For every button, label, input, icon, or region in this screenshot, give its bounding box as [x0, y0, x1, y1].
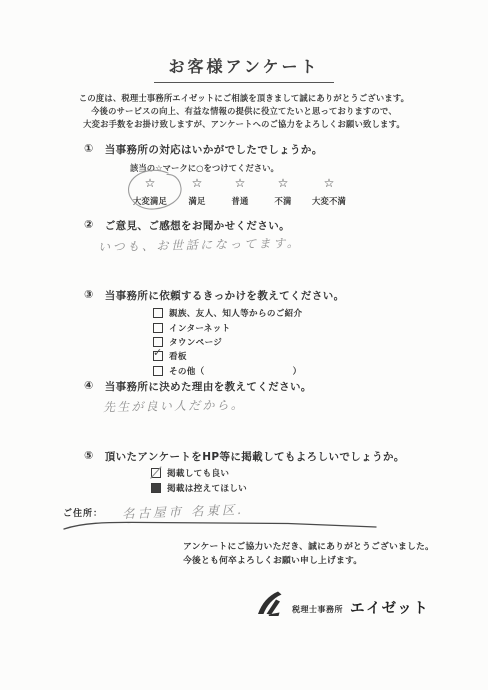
intro-line: 大変お手数をお掛け致しますが、アンケートへのご協力をよろしくお願い致します。	[14, 118, 474, 131]
question-2-text: ご意見、ご感想をお聞かせください。	[105, 218, 290, 233]
rating-option-very-dissatisfied: ☆ 大変不満	[297, 176, 361, 207]
question-4: ④ 当事務所に決めた理由を教えてください。	[84, 379, 312, 394]
question-1-number: ①	[84, 142, 94, 157]
address-underline	[58, 516, 382, 536]
checkbox-label: タウンページ	[169, 336, 222, 348]
checkbox-label: 掲載は控えてほしい	[167, 482, 247, 494]
question-2-handwritten-answer: いつも、お世話になってます。	[98, 234, 302, 255]
checkbox-checked-icon: ✓	[153, 351, 163, 361]
checkbox-option-selected: 掲載しても良い	[151, 466, 247, 481]
question-2-number: ②	[84, 218, 94, 233]
paren-close: ）	[293, 365, 302, 377]
page-title: お客様アンケート	[154, 54, 333, 83]
checkbox-checked-icon	[151, 468, 161, 478]
question-4-number: ④	[84, 379, 94, 394]
checkbox-option: 親族、友人、知人等からのご紹介	[153, 306, 302, 320]
scanned-survey-page: お客様アンケート この度は、税理士事務所エイゼットにご相談を頂きまして誠にありが…	[0, 0, 488, 690]
closing-line: 今後とも何卒よろしくお願い申し上げます。	[183, 554, 434, 568]
question-5: ⑤ 頂いたアンケートをHP等に掲載してもよろしいでしょうか。	[84, 449, 405, 464]
checkbox-option: インターネット	[153, 320, 302, 334]
checkbox-label: その他（	[169, 365, 205, 377]
question-3-options: 親族、友人、知人等からのご紹介 インターネット タウンページ ✓ 看板 その他（…	[153, 306, 302, 378]
closing-line: アンケートにご協力いただき、誠にありがとうございました。	[183, 540, 434, 554]
intro-line: 今後のサービスの向上、有益な情報の提供に役立てたいと思っておりますので、	[14, 105, 474, 118]
checkbox-option-selected: ✓ 看板	[153, 349, 302, 363]
question-3-text: 当事務所に依頼するきっかけを教えてください。	[105, 288, 345, 303]
checkbox-label: 看板	[169, 350, 187, 362]
logo-office-type: 税理士事務所	[292, 604, 343, 617]
checkbox-unchecked-icon	[153, 366, 163, 376]
rating-label: 大変不満	[297, 195, 361, 207]
closing-message: アンケートにご協力いただき、誠にありがとうございました。 今後とも何卒よろしくお…	[183, 540, 434, 568]
question-3-number: ③	[84, 288, 94, 303]
question-4-text: 当事務所に決めた理由を教えてください。	[105, 379, 312, 394]
question-2: ② ご意見、ご感想をお聞かせください。	[84, 218, 290, 233]
question-5-number: ⑤	[84, 449, 94, 464]
checkbox-option-other: その他（ ）	[153, 364, 302, 378]
logo-office-name: エイゼット	[350, 602, 429, 617]
checkbox-option: タウンページ	[153, 335, 302, 349]
question-1-note: 該当の☆マークに○をつけてください。	[130, 162, 279, 174]
checkbox-unchecked-icon	[153, 323, 163, 333]
star-icon: ☆	[297, 176, 361, 190]
question-5-text: 頂いたアンケートをHP等に掲載してもよろしいでしょうか。	[105, 449, 405, 464]
question-4-handwritten-answer: 先生が良い人だから。	[103, 396, 245, 415]
intro-line: この度は、税理士事務所エイゼットにご相談を頂きまして誠にありがとうございます。	[14, 92, 474, 105]
checkbox-filled-icon	[151, 483, 161, 493]
checkbox-label: 親族、友人、知人等からのご紹介	[169, 307, 302, 319]
question-3: ③ 当事務所に依頼するきっかけを教えてください。	[84, 288, 345, 303]
az-logo-icon	[253, 590, 285, 617]
question-1: ① 当事務所の対応はいかがでしたでしょうか。	[84, 142, 323, 157]
question-1-text: 当事務所の対応はいかがでしたでしょうか。	[105, 142, 323, 157]
checkbox-label: 掲載しても良い	[167, 467, 229, 479]
checkbox-label: インターネット	[169, 322, 230, 334]
intro-paragraph: この度は、税理士事務所エイゼットにご相談を頂きまして誠にありがとうございます。 …	[14, 92, 474, 131]
office-logo: 税理士事務所 エイゼット	[253, 590, 429, 617]
page-title-wrap: お客様アンケート	[0, 54, 488, 83]
question-5-options: 掲載しても良い 掲載は控えてほしい	[151, 466, 247, 495]
checkbox-option-filled: 掲載は控えてほしい	[151, 481, 247, 496]
checkbox-unchecked-icon	[153, 308, 163, 318]
